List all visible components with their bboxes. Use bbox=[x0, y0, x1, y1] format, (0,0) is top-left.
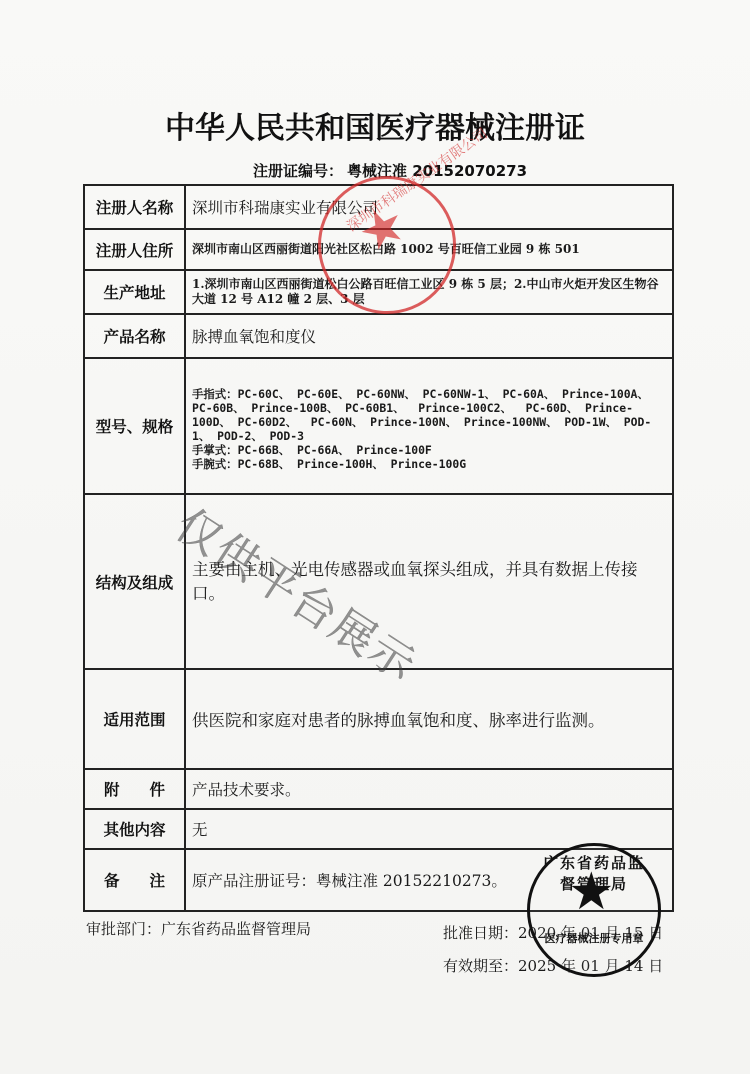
model-line: 1、 POD-2、 POD-3 bbox=[192, 429, 666, 443]
table-row-scope: 适用范围 供医院和家庭对患者的脉搏血氧饱和度、脉率进行监测。 bbox=[84, 669, 673, 769]
label-char: 附 bbox=[104, 781, 120, 799]
model-line: 100D、 PC-60D2、 PC-60N、 Prince-100N、 Prin… bbox=[192, 415, 666, 429]
certificate-page: 中华人民共和国医疗器械注册证 注册证编号：粤械注准 20152070273 注册… bbox=[0, 0, 750, 1074]
registration-number-line: 注册证编号：粤械注准 20152070273 bbox=[0, 160, 750, 181]
registrant-name: 深圳市科瑞康实业有限公司 bbox=[185, 185, 673, 229]
valid-until-label: 有效期至： bbox=[443, 957, 518, 975]
attachment: 产品技术要求。 bbox=[185, 769, 673, 809]
remarks: 原产品注册证号：粤械注准 20152210273。 bbox=[185, 849, 673, 911]
registration-number-label: 注册证编号： bbox=[253, 162, 343, 180]
model-list: 手指式：PC-60C、 PC-60E、 PC-60NW、 PC-60NW-1、 … bbox=[185, 358, 673, 494]
table-row-other: 其他内容 无 bbox=[84, 809, 673, 849]
production-address: 1.深圳市南山区西丽街道松白公路百旺信工业区 9 栋 5 层；2.中山市火炬开发… bbox=[185, 270, 673, 314]
row-label: 结构及组成 bbox=[84, 494, 185, 669]
registrant-address: 深圳市南山区西丽街道阳光社区松白路 1002 号百旺信工业园 9 栋 501 bbox=[185, 229, 673, 270]
row-label: 注册人住所 bbox=[84, 229, 185, 270]
model-line: PC-60B、 Prince-100B、 PC-60B1、 Prince-100… bbox=[192, 401, 666, 415]
row-label: 其他内容 bbox=[84, 809, 185, 849]
table-row-registrant-address: 注册人住所 深圳市南山区西丽街道阳光社区松白路 1002 号百旺信工业园 9 栋… bbox=[84, 229, 673, 270]
certificate-table: 注册人名称 深圳市科瑞康实业有限公司 注册人住所 深圳市南山区西丽街道阳光社区松… bbox=[83, 184, 674, 912]
row-label: 产品名称 bbox=[84, 314, 185, 358]
row-label: 备注 bbox=[84, 849, 185, 911]
approval-department: 审批部门：广东省药品监督管理局 bbox=[86, 918, 311, 939]
table-row-product-name: 产品名称 脉搏血氧饱和度仪 bbox=[84, 314, 673, 358]
valid-until: 有效期至：2025 年 01 月 14 日 bbox=[443, 955, 663, 976]
table-row-production-address: 生产地址 1.深圳市南山区西丽街道松白公路百旺信工业区 9 栋 5 层；2.中山… bbox=[84, 270, 673, 314]
row-label: 适用范围 bbox=[84, 669, 185, 769]
approval-department-value: 广东省药品监督管理局 bbox=[161, 920, 311, 938]
table-row-structure: 结构及组成 主要由主机、光电传感器或血氧探头组成，并具有数据上传接口。 bbox=[84, 494, 673, 669]
structure-composition: 主要由主机、光电传感器或血氧探头组成，并具有数据上传接口。 bbox=[185, 494, 673, 669]
valid-until-value: 2025 年 01 月 14 日 bbox=[518, 957, 663, 975]
row-label: 型号、规格 bbox=[84, 358, 185, 494]
registration-number: 粤械注准 20152070273 bbox=[347, 162, 527, 180]
row-label: 注册人名称 bbox=[84, 185, 185, 229]
model-line: 手掌式：PC-66B、 PC-66A、 Prince-100F bbox=[192, 443, 666, 457]
table-row-attachment: 附件 产品技术要求。 bbox=[84, 769, 673, 809]
other-content: 无 bbox=[185, 809, 673, 849]
label-char: 件 bbox=[150, 781, 166, 799]
label-char: 注 bbox=[150, 872, 166, 890]
row-label: 生产地址 bbox=[84, 270, 185, 314]
document-title: 中华人民共和国医疗器械注册证 bbox=[0, 103, 750, 147]
model-line: 手腕式：PC-68B、 Prince-100H、 Prince-100G bbox=[192, 457, 666, 471]
table-row-remarks: 备注 原产品注册证号：粤械注准 20152210273。 bbox=[84, 849, 673, 911]
approval-department-label: 审批部门： bbox=[86, 920, 161, 938]
table-row-models: 型号、规格 手指式：PC-60C、 PC-60E、 PC-60NW、 PC-60… bbox=[84, 358, 673, 494]
table-row-registrant-name: 注册人名称 深圳市科瑞康实业有限公司 bbox=[84, 185, 673, 229]
scope-of-application: 供医院和家庭对患者的脉搏血氧饱和度、脉率进行监测。 bbox=[185, 669, 673, 769]
label-char: 备 bbox=[104, 872, 120, 890]
model-line: 手指式：PC-60C、 PC-60E、 PC-60NW、 PC-60NW-1、 … bbox=[192, 387, 666, 401]
product-name: 脉搏血氧饱和度仪 bbox=[185, 314, 673, 358]
approval-date-label: 批准日期： bbox=[443, 924, 518, 942]
approval-date: 批准日期：2020 年 01 月 15 日 bbox=[443, 922, 663, 943]
row-label: 附件 bbox=[84, 769, 185, 809]
approval-date-value: 2020 年 01 月 15 日 bbox=[518, 924, 663, 942]
